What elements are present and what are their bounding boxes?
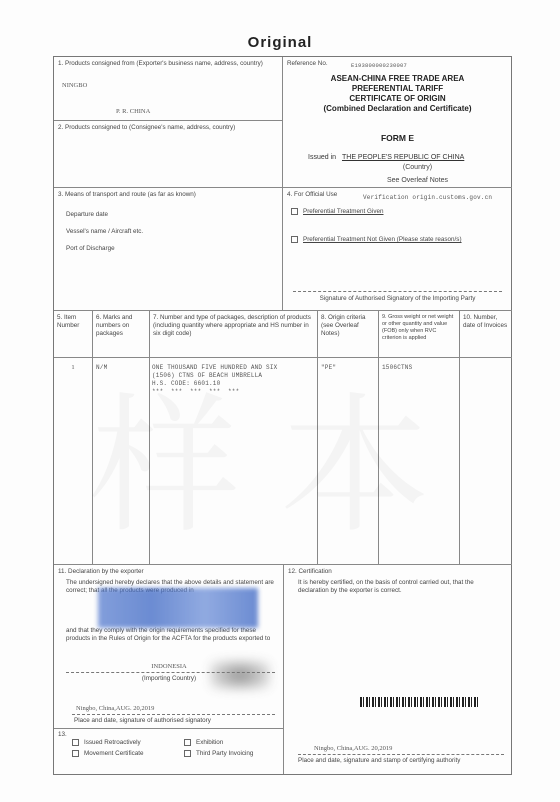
verification-site: Verification origin.customs.gov.cn [363,194,492,201]
exporter-sign-label: Place and date, signature of authorised … [74,717,211,725]
heading-line-3: CERTIFICATE OF ORIGIN [283,94,512,104]
option-label: Exhibition [196,739,223,746]
signature-line [293,291,502,292]
box-reference: Reference No. E193800000230007 ASEAN-CHI… [283,57,512,188]
exporter-city: NINGBO [62,82,87,89]
box2-label: 2. Products consigned to (Consignee's na… [58,124,235,132]
departure-date-label: Departure date [66,211,108,219]
reference-label: Reference No. [287,60,328,68]
checkbox[interactable] [291,208,298,215]
option-exhibition[interactable]: Exhibition [184,739,223,747]
checkbox[interactable] [72,750,79,757]
certification-text: It is hereby certified, on the basis of … [298,579,506,595]
option-third-party-invoicing[interactable]: Third Party Invoicing [184,750,253,758]
reference-number: E193800000230007 [351,62,407,69]
sample-watermark: 样本 [90,345,470,561]
checkbox[interactable] [184,750,191,757]
overleaf-notes: See Overleaf Notes [283,177,512,184]
issued-in-country: THE PEOPLE'S REPUBLIC OF CHINA [342,154,464,161]
redacted-blur [98,588,258,628]
certificate-heading: ASEAN-CHINA FREE TRADE AREA PREFERENTIAL… [283,74,512,114]
option-treatment-given[interactable]: Preferential Treatment Given [291,208,384,216]
country-caption: (Country) [283,164,512,171]
option-label: Third Party Invoicing [196,750,253,757]
box1-label: 1. Products consigned from (Exporter's b… [58,60,278,68]
signature-smudge [210,660,270,690]
certifier-place-date: Ningbo, China,AUG. 20,2019 [314,745,392,752]
option-label: Preferential Treatment Not Given (Please… [303,236,462,243]
box13-label: 13. [58,731,67,739]
issued-in-label: Issued in [308,154,336,161]
checkbox[interactable] [291,236,298,243]
box11-label: 11. Declaration by the exporter [58,568,144,576]
heading-line-1: ASEAN-CHINA FREE TRADE AREA [283,74,512,84]
certifier-sign-label: Place and date, signature and stamp of c… [298,757,460,765]
option-label: Movement Certificate [84,750,144,757]
issued-in: Issued in THE PEOPLE'S REPUBLIC OF CHINA [308,154,464,161]
document-title: Original [0,34,560,51]
form-name: FORM E [283,133,512,143]
col-item-number: 5. Item Number 1 [54,311,93,564]
item-number: 1 [54,364,92,371]
checkbox[interactable] [184,739,191,746]
checkbox[interactable] [72,739,79,746]
col5-header: 5. Item Number [54,311,92,358]
exporter-country: P. R. CHINA [116,108,150,115]
box12-label: 12. Certification [288,568,332,576]
box3-label: 3. Means of transport and route (as far … [58,191,196,199]
option-movement-certificate[interactable]: Movement Certificate [72,750,144,758]
option-label: Issued Retroactively [84,739,141,746]
option-treatment-not-given[interactable]: Preferential Treatment Not Given (Please… [291,236,462,244]
heading-line-2: PREFERENTIAL TARIFF [283,84,512,94]
exporter-place-date: Ningbo, China,AUG. 20,2019 [76,705,154,712]
barcode-icon [360,697,480,707]
importing-signature-label: Signature of Authorised Signatory of the… [283,295,512,303]
certifier-sign-line [298,754,504,755]
option-label: Preferential Treatment Given [303,208,384,215]
box-official-use: 4. For Official Use Verification origin.… [283,188,512,311]
box-options: 13. Issued Retroactively Movement Certif… [54,729,284,774]
box-transport: 3. Means of transport and route (as far … [54,188,283,311]
option-issued-retroactively[interactable]: Issued Retroactively [72,739,141,747]
box-consignee: 2. Products consigned to (Consignee's na… [54,121,283,188]
box-exporter: 1. Products consigned from (Exporter's b… [54,57,283,121]
declaration-text-2: and that they comply with the origin req… [66,627,276,643]
heading-line-4: (Combined Declaration and Certificate) [283,104,512,114]
exporter-sign-line [72,714,275,715]
vessel-name-label: Vessel's name / Aircraft etc. [66,228,143,236]
box-certification: 12. Certification It is hereby certified… [284,564,512,774]
box4-label: 4. For Official Use [287,191,337,199]
port-of-discharge-label: Port of Discharge [66,245,115,253]
